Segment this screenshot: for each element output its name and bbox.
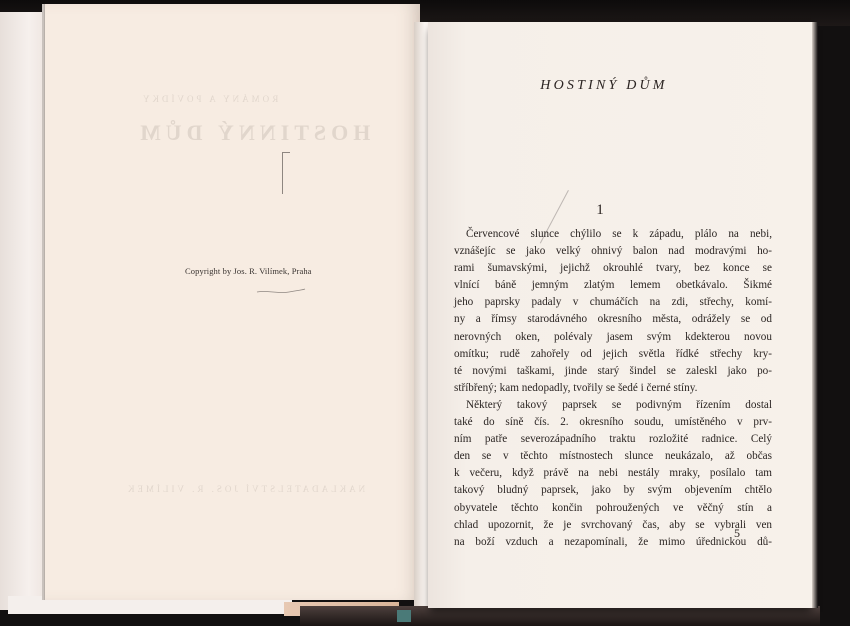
text-line: ny a římsy starodávného okresního města,… (454, 311, 772, 328)
text-line: stříbřený; kam nedopadly, tvořily se šed… (454, 380, 772, 397)
text-line: nerovných oken, polévaly jasem svým kdek… (454, 329, 772, 346)
pencil-mark (282, 152, 283, 194)
text-line: omítku; rudě zahořely od jejich světla ř… (454, 346, 772, 363)
pencil-squiggle-icon (255, 288, 307, 296)
body-text: Červencové slunce chýlilo se k západu, p… (454, 226, 772, 551)
page-number: 5 (734, 526, 740, 541)
text-line: ním patře severozápadního traktu rozloži… (454, 431, 772, 448)
text-line: vznášejíc se jako velký ohnivý balon nad… (454, 243, 772, 260)
text-line: Červencové slunce chýlilo se k západu, p… (454, 226, 772, 243)
flyleaf-left-edge (0, 12, 48, 610)
open-book-photo: ROMÁNY A POVÍDKY HOSTINNÝ DŮM Copyright … (0, 0, 850, 626)
text-line: k večeru, když právě na nebi nestály mra… (454, 465, 772, 482)
book-bottom-shadow (300, 606, 820, 626)
text-line: den se v těchto místnostech slunce neuká… (454, 448, 772, 465)
copyright-notice: Copyright by Jos. R. Vilímek, Praha (185, 266, 385, 276)
text-line: rami šumavskými, jejichž okrouhlé tvary,… (454, 260, 772, 277)
left-page: ROMÁNY A POVÍDKY HOSTINNÝ DŮM Copyright … (44, 4, 420, 600)
text-line: té novými taškami, jinde starý šindel se… (454, 363, 772, 380)
show-through-title: HOSTINNÝ DŮM (135, 120, 370, 146)
text-line: chlad upozornit, že je svrchovaný čas, a… (454, 517, 772, 534)
chapter-number: 1 (588, 202, 612, 219)
running-head: HOSTINÝ DŮM (534, 78, 674, 94)
text-line: takový bludný paprsek, jako by svým obje… (454, 482, 772, 499)
text-line: vlnící báně jemným zlatým lemem obetkáva… (454, 277, 772, 294)
show-through-series: ROMÁNY A POVÍDKY (140, 94, 278, 104)
right-page-edge-shadow (812, 22, 818, 608)
show-through-imprint: NAKLADATELSTVÍ JOS. R. VILÍMEK (125, 484, 365, 494)
text-line: Některý takový paprsek se podivným řízen… (454, 397, 772, 414)
right-page: HOSTINÝ DŮM 1 Červencové slunce chýlilo … (428, 22, 813, 608)
text-line: na boží vzduch a nezapomínali, že mimo ú… (454, 534, 772, 551)
text-line: jeho paprsky padaly v chumáčích na zdi, … (454, 294, 772, 311)
headband-bottom (397, 610, 411, 622)
text-line: obyvatele těchto končin pohroužených ve … (454, 500, 772, 517)
text-line: také do síně čís. 2. okresního soudu, um… (454, 414, 772, 431)
